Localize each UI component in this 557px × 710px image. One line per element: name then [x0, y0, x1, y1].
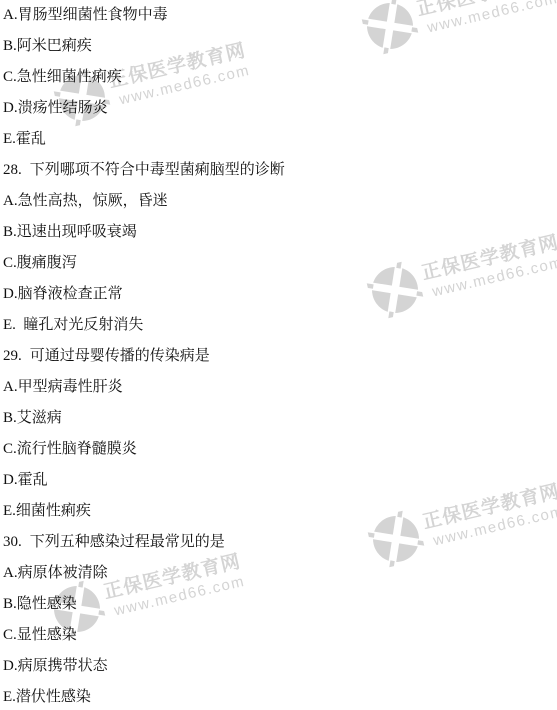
watermark-brand: 正保医学教育网 — [415, 0, 556, 21]
option-line-e: E.细菌性痢疾 — [3, 496, 285, 527]
option-line-d: D.霍乱 — [3, 465, 285, 496]
watermark-text: 正保医学教育网 www.med66.com — [420, 232, 557, 302]
watermark: 正保医学教育网 www.med66.com — [364, 226, 557, 321]
option-line-c: C.流行性脑脊髓膜炎 — [3, 434, 285, 465]
med66-logo-icon — [364, 259, 426, 321]
watermark: 正保医学教育网 www.med66.com — [365, 475, 557, 570]
option-line-c: C.腹痛腹泻 — [3, 248, 285, 279]
watermark-brand: 正保医学教育网 — [421, 481, 557, 534]
option-line-d: D.溃疡性结肠炎 — [3, 93, 285, 124]
question-number: 30. — [3, 534, 22, 550]
exam-content: A.胃肠型细菌性食物中毒 B.阿米巴痢疾 C.急性细菌性痢疾 D.溃疡性结肠炎 … — [3, 0, 285, 710]
watermark: 正保医学教育网 www.med66.com — [359, 0, 557, 57]
question-line-29: 29.可通过母婴传播的传染病是 — [3, 341, 285, 372]
option-line-e: E.霍乱 — [3, 124, 285, 155]
option-line-a: A.病原体被清除 — [3, 558, 285, 589]
option-line-d: D.病原携带状态 — [3, 651, 285, 682]
option-line-e: E. 瞳孔对光反射消失 — [3, 310, 285, 341]
question-line-30: 30.下列五种感染过程最常见的是 — [3, 527, 285, 558]
option-line-b: B.隐性感染 — [3, 589, 285, 620]
option-line-a: A.胃肠型细菌性食物中毒 — [3, 0, 285, 31]
question-line-28: 28.下列哪项不符合中毒型菌痢脑型的诊断 — [3, 155, 285, 186]
question-number: 29. — [3, 348, 22, 364]
option-line-b: B.迅速出现呼吸衰竭 — [3, 217, 285, 248]
watermark-text: 正保医学教育网 www.med66.com — [421, 481, 557, 551]
option-line-a: A.急性高热，惊厥，昏迷 — [3, 186, 285, 217]
watermark-brand: 正保医学教育网 — [420, 232, 557, 285]
watermark-text: 正保医学教育网 www.med66.com — [415, 0, 557, 39]
option-line-b: B.阿米巴痢疾 — [3, 31, 285, 62]
question-number: 28. — [3, 162, 22, 178]
med66-logo-icon — [365, 508, 427, 570]
option-line-a: A.甲型病毒性肝炎 — [3, 372, 285, 403]
question-stem: 下列哪项不符合中毒型菌痢脑型的诊断 — [30, 162, 285, 178]
watermark-url: www.med66.com — [431, 254, 557, 302]
watermark-url: www.med66.com — [432, 503, 557, 551]
option-line-b: B.艾滋病 — [3, 403, 285, 434]
option-line-e: E.潜伏性感染 — [3, 682, 285, 710]
exam-page: 正保医学教育网 www.med66.com 正保医学教育网 www.med66.… — [0, 0, 557, 710]
med66-logo-icon — [359, 0, 421, 57]
option-line-c: C.急性细菌性痢疾 — [3, 62, 285, 93]
option-line-c: C.显性感染 — [3, 620, 285, 651]
watermark-url: www.med66.com — [426, 0, 557, 37]
option-line-d: D.脑脊液检查正常 — [3, 279, 285, 310]
question-stem: 可通过母婴传播的传染病是 — [30, 348, 210, 364]
question-stem: 下列五种感染过程最常见的是 — [30, 534, 225, 550]
